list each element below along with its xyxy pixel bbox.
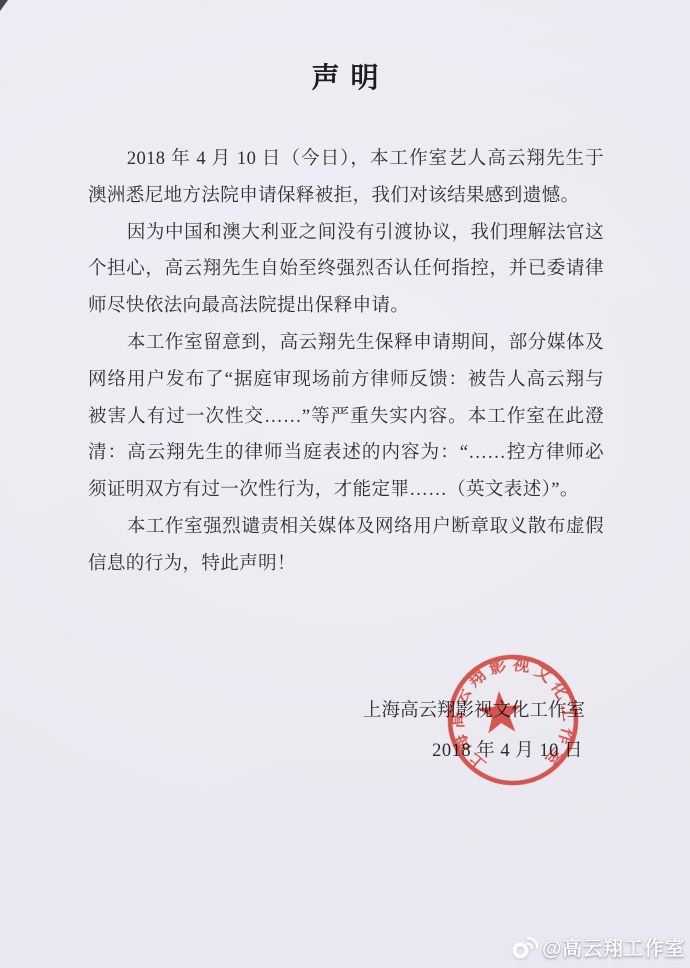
paragraph-3: 本工作室留意到，高云翔先生保释申请期间，部分媒体及网络用户发布了“据庭审现场前方… bbox=[88, 325, 604, 509]
paragraph-4: 本工作室强烈谴责相关媒体及网络用户断章取义散布虚假信息的行为，特此声明！ bbox=[88, 509, 604, 583]
official-red-seal: 上海高云翔影视文化工作室 bbox=[438, 645, 587, 794]
weibo-watermark: @高云翔工作室 bbox=[511, 932, 685, 961]
weibo-icon bbox=[511, 935, 538, 959]
paragraph-1: 2018 年 4 月 10 日（今日），本工作室艺人高云翔先生于澳洲悉尼地方法院… bbox=[88, 141, 604, 215]
watermark-handle: @高云翔工作室 bbox=[542, 932, 685, 961]
document-title: 声明 bbox=[0, 64, 690, 94]
paragraph-2: 因为中国和澳大利亚之间没有引渡协议，我们理解法官这个担心，高云翔先生自始至终强烈… bbox=[88, 215, 604, 325]
statement-document-page: 声明 2018 年 4 月 10 日（今日），本工作室艺人高云翔先生于澳洲悉尼地… bbox=[0, 0, 690, 968]
document-body: 2018 年 4 月 10 日（今日），本工作室艺人高云翔先生于澳洲悉尼地方法院… bbox=[88, 141, 604, 583]
scan-corner-artifact bbox=[0, 0, 8, 11]
seal-star-icon bbox=[477, 689, 524, 734]
